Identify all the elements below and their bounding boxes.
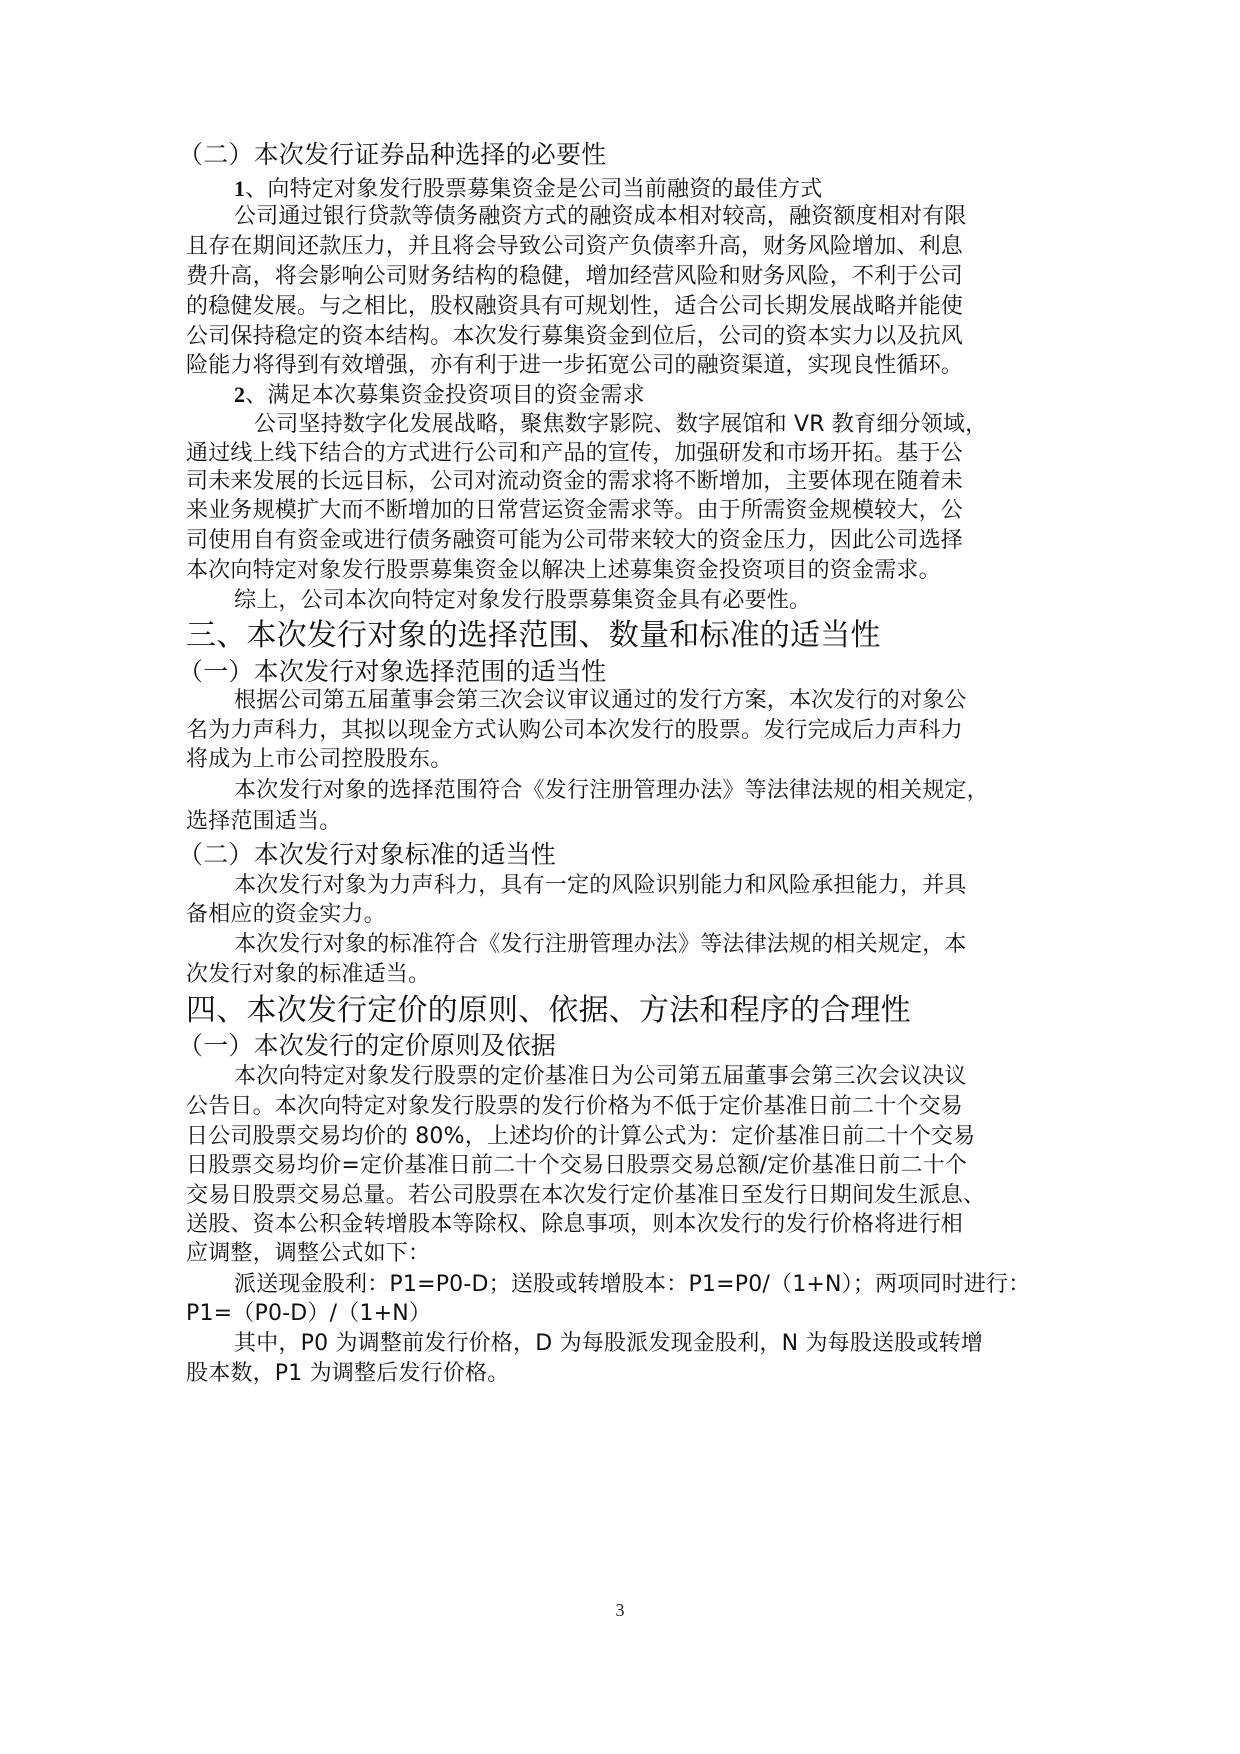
paragraph-line: 送股、资本公积金转增股本等除权、除息事项，则本次发行的发行价格将进行相 — [186, 1210, 963, 1240]
paragraph-line: 本次向特定对象发行股票的定价基准日为公司第五届董事会第三次会议决议 — [234, 1062, 967, 1092]
paragraph-line: 司使用自有资金或进行债务融资可能为公司带来较大的资金压力，因此公司选择 — [186, 526, 963, 556]
paragraph-line: 交易日股票交易总量。若公司股票在本次发行定价基准日至发行日期间发生派息、 — [186, 1181, 985, 1211]
section-heading-2-2: （二）本次发行证券品种选择的必要性 — [178, 138, 606, 172]
page-number: 3 — [0, 1600, 1240, 1621]
paragraph-line: 日股票交易均价=定价基准日前二十个交易日股票交易总额/定价基准日前二十个 — [186, 1151, 967, 1181]
paragraph-line: 备相应的资金实力。 — [186, 900, 386, 930]
chapter-heading-4: 四、本次发行定价的原则、依据、方法和程序的合理性 — [186, 991, 911, 1031]
subsection-title: 、向特定对象发行股票募集资金是公司当前融资的最佳方式 — [245, 177, 822, 202]
subsection-number: 2 — [234, 382, 245, 407]
paragraph-line: 本次向特定对象发行股票募集资金以解决上述募集资金投资项目的资金需求。 — [186, 556, 941, 586]
paragraph-line: 公告日。本次向特定对象发行股票的发行价格为不低于定价基准日前二十个交易 — [186, 1092, 963, 1122]
paragraph-line: 应调整，调整公式如下： — [186, 1239, 430, 1269]
paragraph-line: 综上，公司本次向特定对象发行股票募集资金具有必要性。 — [234, 586, 811, 616]
chapter-heading-3: 三、本次发行对象的选择范围、数量和标准的适当性 — [186, 616, 881, 656]
paragraph-line: 通过线上线下结合的方式进行公司和产品的宣传，加强研发和市场开拓。基于公 — [186, 439, 963, 469]
paragraph-line: 股本数，P1 为调整后发行价格。 — [186, 1359, 509, 1389]
paragraph-line: 公司保持稳定的资本结构。本次发行募集资金到位后，公司的资本实力以及抗风 — [186, 322, 963, 352]
paragraph-line: 选择范围适当。 — [186, 807, 341, 837]
section-heading-4-1: （一）本次发行的定价原则及依据 — [178, 1029, 556, 1063]
paragraph-line: 公司坚持数字化发展战略，聚焦数字影院、数字展馆和 VR 教育细分领域， — [254, 410, 987, 440]
paragraph-line: 公司通过银行贷款等债务融资方式的融资成本相对较高，融资额度相对有限 — [234, 202, 967, 232]
paragraph-line: 险能力将得到有效增强，亦有利于进一步拓宽公司的融资渠道，实现良性循环。 — [186, 351, 963, 381]
subsection-title: 、满足本次募集资金投资项目的资金需求 — [245, 383, 645, 408]
subsection-number: 1 — [234, 176, 245, 201]
formula-line: 派送现金股利：P1=P0-D；送股或转增股本：P1=P0/（1+N）；两项同时进… — [234, 1270, 1031, 1300]
paragraph-line: 的稳健发展。与之相比，股权融资具有可规划性，适合公司长期发展战略并能使 — [186, 292, 963, 322]
paragraph-line: 次发行对象的标准适当。 — [186, 960, 430, 990]
paragraph-line: 其中，P0 为调整前发行价格，D 为每股派发现金股利，N 为每股送股或转增 — [234, 1329, 983, 1359]
paragraph-line: 本次发行对象的选择范围符合《发行注册管理办法》等法律法规的相关规定， — [234, 776, 989, 806]
paragraph-line: 日公司股票交易均价的 80%，上述均价的计算公式为：定价基准日前二十个交易 — [186, 1122, 975, 1152]
paragraph-line: 根据公司第五届董事会第三次会议审议通过的发行方案，本次发行的对象公 — [234, 686, 967, 716]
formula-line: P1=（P0-D）/（1+N） — [186, 1299, 431, 1329]
paragraph-line: 本次发行对象的标准符合《发行注册管理办法》等法律法规的相关规定，本 — [234, 930, 967, 960]
section-heading-3-1: （一）本次发行对象选择范围的适当性 — [178, 655, 606, 689]
paragraph-line: 本次发行对象为力声科力，具有一定的风险识别能力和风险承担能力，并具 — [234, 871, 967, 901]
section-heading-3-2: （二）本次发行对象标准的适当性 — [178, 838, 556, 872]
subsection-heading-1: 1、向特定对象发行股票募集资金是公司当前融资的最佳方式 — [234, 174, 822, 205]
paragraph-line: 来业务规模扩大而不断增加的日常营运资金需求等。由于所需资金规模较大，公 — [186, 496, 963, 526]
paragraph-line: 名为力声科力，其拟以现金方式认购公司本次发行的股票。发行完成后力声科力 — [186, 716, 963, 746]
paragraph-line: 费升高，将会影响公司财务结构的稳健，增加经营风险和财务风险，不利于公司 — [186, 262, 963, 292]
document-page: （二）本次发行证券品种选择的必要性 1、向特定对象发行股票募集资金是公司当前融资… — [0, 0, 1240, 1754]
paragraph-line: 司未来发展的长远目标，公司对流动资金的需求将不断增加，主要体现在随着未 — [186, 467, 963, 497]
subsection-heading-2: 2、满足本次募集资金投资项目的资金需求 — [234, 380, 645, 411]
paragraph-line: 且存在期间还款压力，并且将会导致公司资产负债率升高，财务风险增加、利息 — [186, 232, 963, 262]
paragraph-line: 将成为上市公司控股股东。 — [186, 745, 452, 775]
